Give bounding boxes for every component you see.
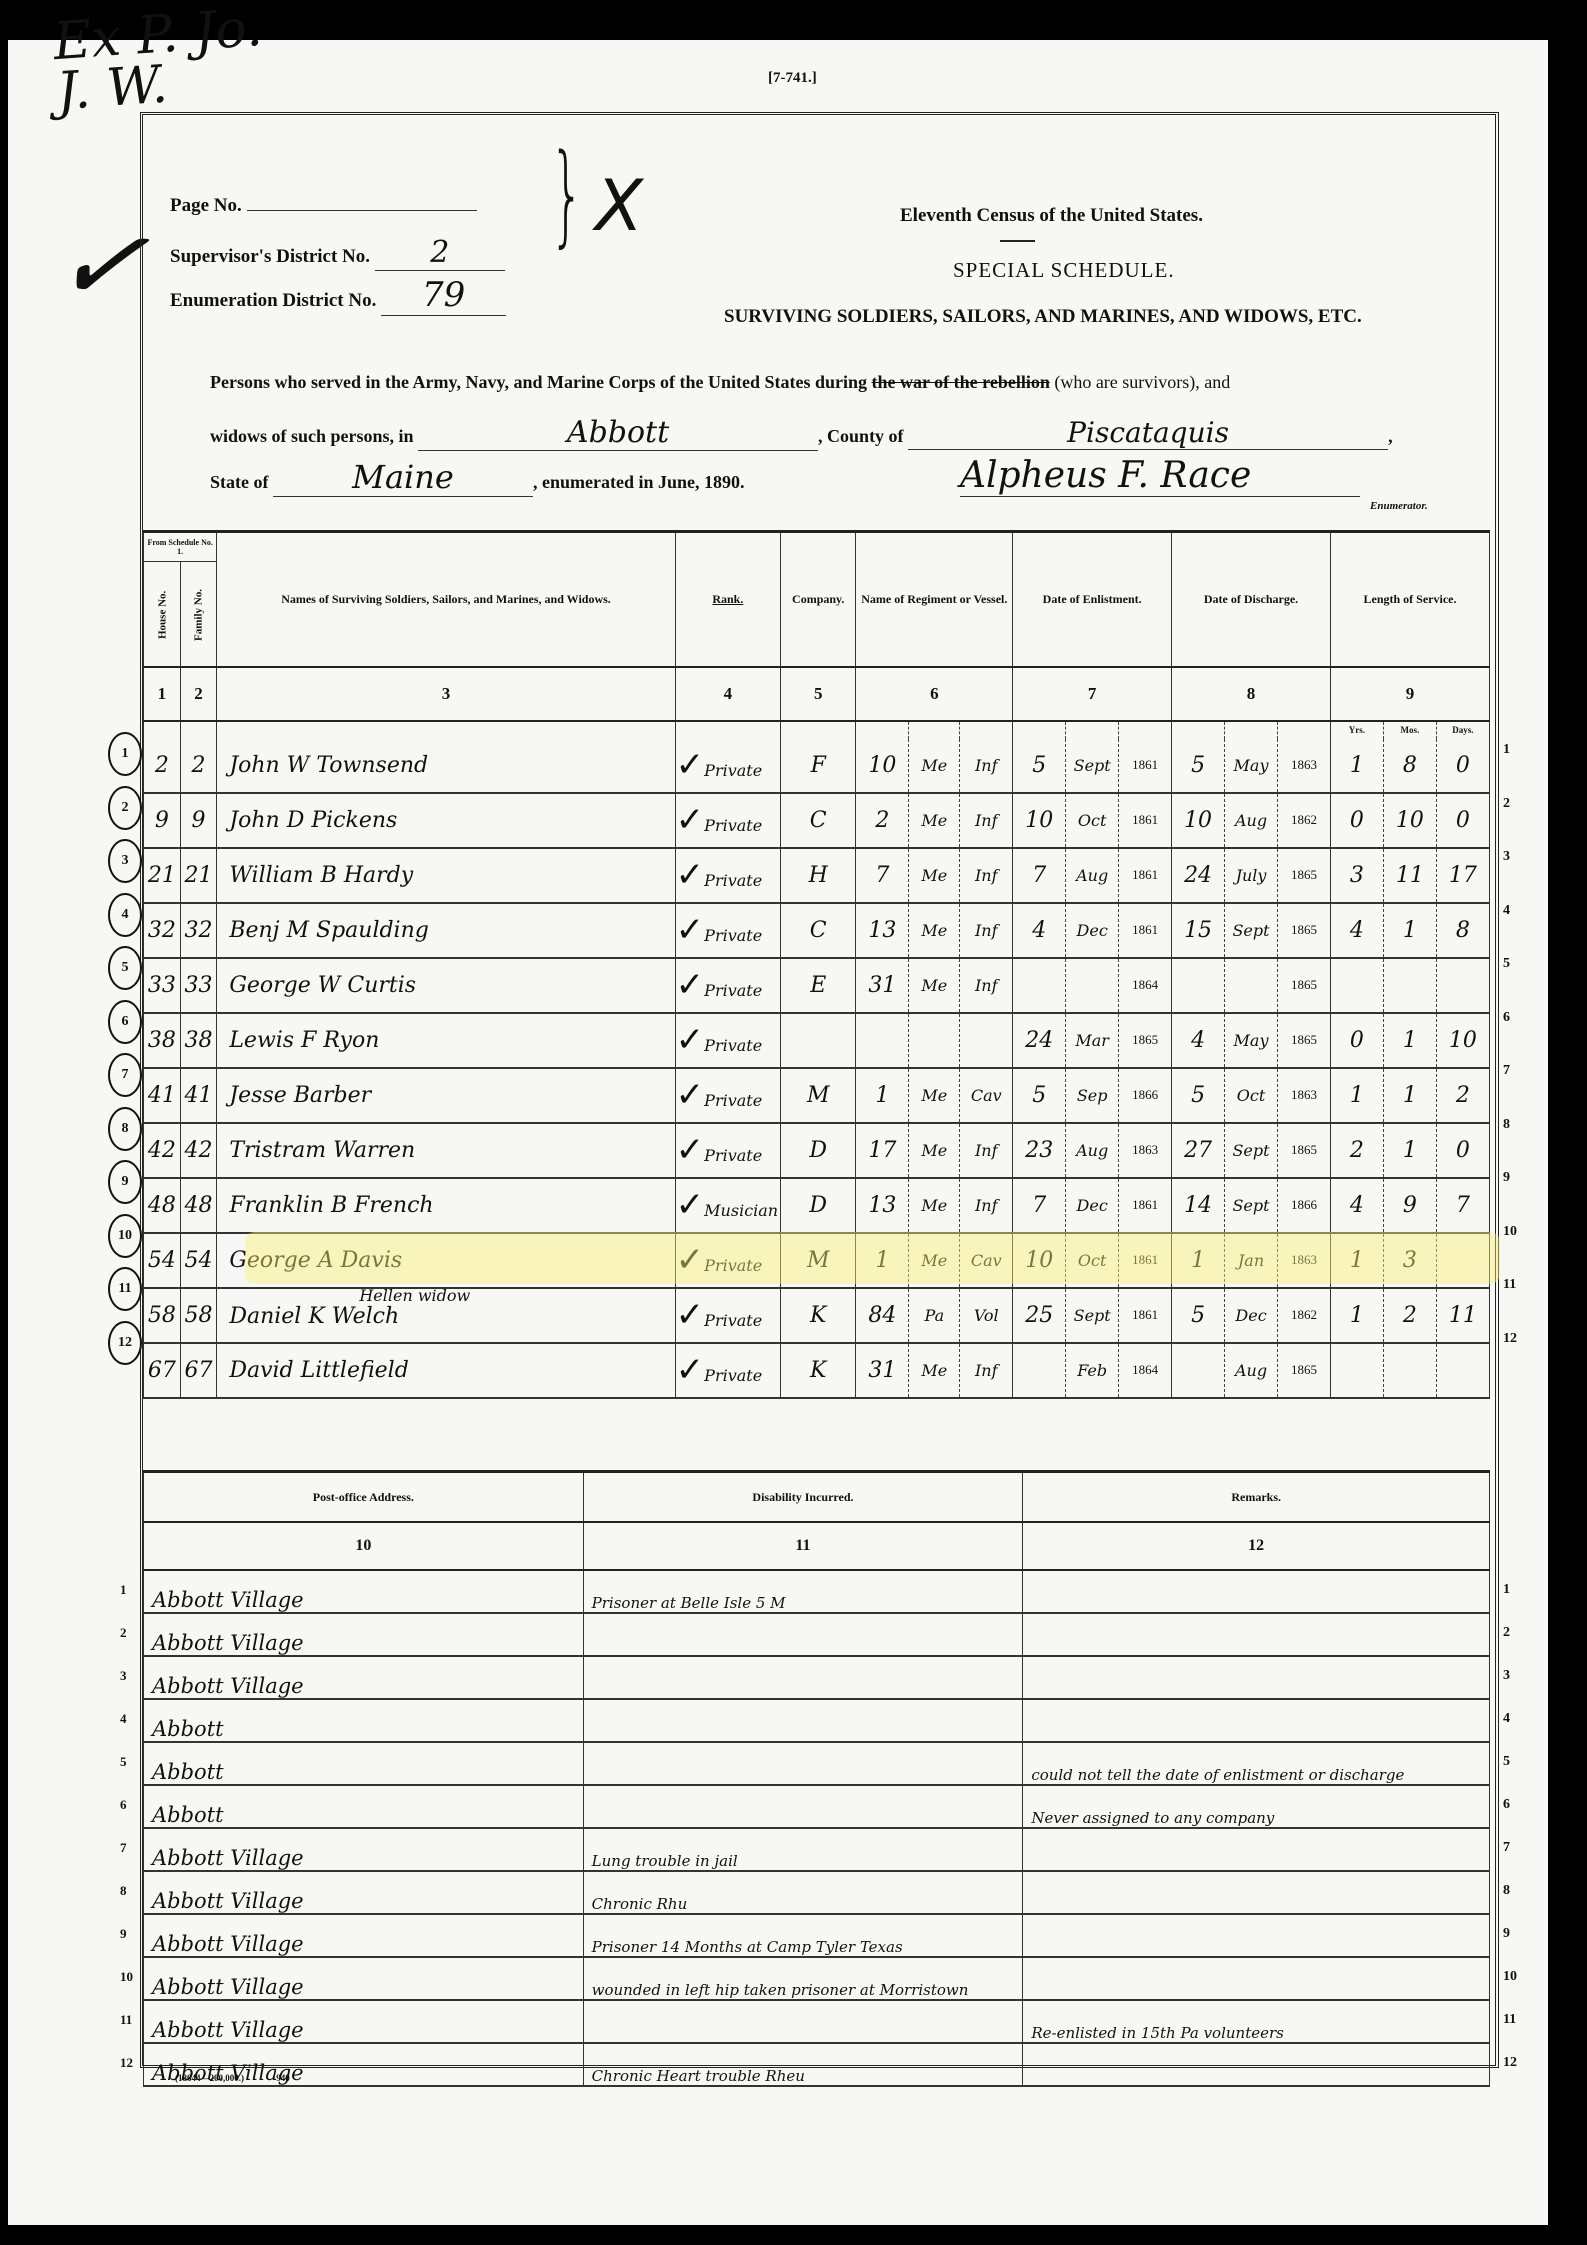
cell-dis-mo: Aug — [1225, 793, 1278, 848]
cell-name: Tristram Warren — [217, 1123, 675, 1178]
cell-enl-mo — [1066, 958, 1119, 1013]
cell-name: William B Hardy — [217, 848, 675, 903]
cell-family: 42 — [180, 1123, 217, 1178]
cell-mos: 10 — [1383, 793, 1436, 848]
yrs-header: Yrs. — [1330, 721, 1383, 739]
cell-reg-arm: Inf — [960, 793, 1013, 848]
cell-enl-yr: 1861 — [1119, 739, 1172, 793]
row-highlight — [245, 1232, 1500, 1284]
line-number: 10 — [120, 1969, 133, 1985]
cell-enl-yr: 1865 — [1119, 1013, 1172, 1068]
checkmark-icon: ✓ — [676, 1130, 705, 1170]
cell-family: 41 — [180, 1068, 217, 1123]
line-number: 2 — [1503, 796, 1510, 812]
cell-rank: ✓Private — [675, 903, 780, 958]
cell-family: 21 — [180, 848, 217, 903]
cell-reg-no: 31 — [856, 1343, 909, 1398]
line-number-circle: 5 — [108, 946, 142, 990]
cell-enl-mo: Sept — [1066, 1288, 1119, 1343]
cell-enl-day: 5 — [1013, 739, 1066, 793]
cell-enl-day — [1013, 1343, 1066, 1398]
cell-days: 0 — [1436, 739, 1489, 793]
service-header: Length of Service. — [1330, 532, 1489, 667]
cell-reg-arm: Cav — [960, 1068, 1013, 1123]
col-num: 2 — [180, 667, 217, 721]
cell-rank: ✓Musician — [675, 1178, 780, 1233]
cell-name: David Littlefield — [217, 1343, 675, 1398]
line-number: 11 — [1503, 1277, 1516, 1293]
checkmark-icon: ✓ — [676, 1075, 705, 1115]
cell-yrs: 2 — [1330, 1123, 1383, 1178]
cell-days — [1436, 1343, 1489, 1398]
checkmark-icon: ✓ — [676, 1350, 705, 1390]
supervisor-district-label: Supervisor's District No. — [170, 246, 370, 267]
rank-value: Private — [704, 761, 762, 780]
struck-text: the war of the rebellion — [872, 372, 1050, 392]
cell-days — [1436, 958, 1489, 1013]
cell-mos: 9 — [1383, 1178, 1436, 1233]
preamble-text-end: (who are survivors), and — [1054, 372, 1230, 392]
col-num: 1 — [144, 667, 181, 721]
rank-value: Private — [704, 981, 762, 1000]
cell-dis-mo: July — [1225, 848, 1278, 903]
cell-yrs: 3 — [1330, 848, 1383, 903]
enumeration-district-value: 79 — [381, 275, 506, 316]
cell-rank: ✓Private — [675, 1123, 780, 1178]
cell-enl-mo: Sep — [1066, 1068, 1119, 1123]
address-row: Abbottcould not tell the date of enlistm… — [144, 1742, 1490, 1785]
cell-reg-no: 13 — [856, 903, 909, 958]
cell-dis-yr: 1862 — [1278, 1288, 1331, 1343]
cell-name: Jesse Barber — [217, 1068, 675, 1123]
table-row: 4141Jesse Barber✓PrivateM1MeCav5Sep18665… — [144, 1068, 1490, 1123]
cell-dis-yr: 1863 — [1278, 1068, 1331, 1123]
line-number: 12 — [1503, 1331, 1517, 1347]
cell-address: Abbott Village — [144, 2000, 584, 2043]
checkmark-icon: ✓ — [676, 1295, 705, 1335]
cell-name: Benj M Spaulding — [217, 903, 675, 958]
post-office-header: Post-office Address. — [144, 1472, 584, 1523]
cell-house: 21 — [144, 848, 181, 903]
line-number-circle: 10 — [108, 1214, 142, 1258]
table-row: 5858Hellen widowDaniel K Welch✓PrivateK8… — [144, 1288, 1490, 1343]
cell-days: 11 — [1436, 1288, 1489, 1343]
cell-remarks — [1023, 1699, 1490, 1742]
address-rows: Abbott VillagePrisoner at Belle Isle 5 M… — [144, 1570, 1490, 2086]
cell-remarks — [1023, 1914, 1490, 1957]
cell-reg-state: Me — [909, 903, 960, 958]
line-number: 3 — [1503, 849, 1510, 865]
line-number: 2 — [120, 1625, 127, 1641]
cell-dis-yr: 1865 — [1278, 848, 1331, 903]
cell-reg-state: Me — [909, 739, 960, 793]
cell-yrs: 0 — [1330, 1013, 1383, 1068]
line-number: 7 — [1503, 1063, 1510, 1079]
cell-dis-mo: May — [1225, 1013, 1278, 1068]
cell-mos: 2 — [1383, 1288, 1436, 1343]
cell-company: K — [781, 1288, 856, 1343]
cell-reg-state — [909, 1013, 960, 1068]
cell-remarks: Never assigned to any company — [1023, 1785, 1490, 1828]
cell-reg-no — [856, 1013, 909, 1068]
rank-value: Private — [704, 1146, 762, 1165]
rank-value: Musician — [704, 1201, 778, 1220]
cell-reg-arm: Inf — [960, 1178, 1013, 1233]
cell-days: 0 — [1436, 1123, 1489, 1178]
address-row: Abbott VillagePrisoner at Belle Isle 5 M — [144, 1570, 1490, 1613]
column-numbers: 1 2 3 4 5 6 7 8 9 — [144, 667, 1490, 721]
cell-address: Abbott Village — [144, 1828, 584, 1871]
cell-enl-yr: 1866 — [1119, 1068, 1172, 1123]
cell-disability: Prisoner at Belle Isle 5 M — [583, 1570, 1023, 1613]
cell-address: Abbott Village — [144, 1871, 584, 1914]
rank-value: Private — [704, 1091, 762, 1110]
census-title: Eleventh Census of the United States. — [900, 205, 1203, 227]
cell-company: K — [781, 1343, 856, 1398]
cell-reg-arm: Inf — [960, 1343, 1013, 1398]
checkmark-icon: ✓ — [676, 745, 705, 785]
address-row: Abbott Village — [144, 1613, 1490, 1656]
line-number: 5 — [120, 1754, 127, 1770]
cell-disability — [583, 1785, 1023, 1828]
col-num: 4 — [675, 667, 780, 721]
checkmark-icon: ✓ — [676, 1020, 705, 1060]
cell-house: 48 — [144, 1178, 181, 1233]
cell-dis-mo: Sept — [1225, 903, 1278, 958]
schedule-title: SPECIAL SCHEDULE. — [953, 258, 1175, 283]
col-num: 3 — [217, 667, 675, 721]
print-code-2: 940 — [276, 2073, 290, 2083]
cell-reg-arm: Inf — [960, 903, 1013, 958]
enumeration-district-label: Enumeration District No. — [170, 290, 376, 311]
table-row: 4848Franklin B French✓MusicianD13MeInf7D… — [144, 1178, 1490, 1233]
cell-address: Abbott — [144, 1742, 584, 1785]
cell-enl-day: 7 — [1013, 1178, 1066, 1233]
cell-reg-arm: Inf — [960, 1123, 1013, 1178]
cell-dis-mo: Dec — [1225, 1288, 1278, 1343]
line-number-circle: 6 — [108, 1000, 142, 1044]
line-number: 1 — [1503, 1582, 1510, 1598]
line-number: 7 — [120, 1840, 127, 1856]
cell-rank: ✓Private — [675, 1013, 780, 1068]
cell-mos: 1 — [1383, 1013, 1436, 1068]
cell-enl-mo: Aug — [1066, 1123, 1119, 1178]
county-label: , County of — [818, 426, 904, 446]
cell-dis-day: 24 — [1172, 848, 1225, 903]
cell-house: 9 — [144, 793, 181, 848]
cell-enl-mo: Feb — [1066, 1343, 1119, 1398]
cell-company: F — [781, 739, 856, 793]
cell-disability: Chronic Rhu — [583, 1871, 1023, 1914]
cell-reg-no: 84 — [856, 1288, 909, 1343]
col-num: 10 — [144, 1522, 584, 1570]
supervisor-district-field: Supervisor's District No. 2 — [170, 235, 505, 271]
supervisor-district-value: 2 — [375, 235, 505, 271]
cell-rank: ✓Private — [675, 1068, 780, 1123]
table-row: 3838Lewis F Ryon✓Private24Mar18654May186… — [144, 1013, 1490, 1068]
cell-remarks — [1023, 1656, 1490, 1699]
cell-disability — [583, 1699, 1023, 1742]
cell-remarks: Re-enlisted in 15th Pa volunteers — [1023, 2000, 1490, 2043]
cell-family: 2 — [180, 739, 217, 793]
cell-house: 32 — [144, 903, 181, 958]
cell-remarks: could not tell the date of enlistment or… — [1023, 1742, 1490, 1785]
cell-yrs: 1 — [1330, 1068, 1383, 1123]
cell-reg-arm: Inf — [960, 848, 1013, 903]
cell-enl-day — [1013, 958, 1066, 1013]
table-row: 2121William B Hardy✓PrivateH7MeInf7Aug18… — [144, 848, 1490, 903]
house-no-header: House No. — [144, 562, 181, 667]
preamble-line-3: State of Maine, enumerated in June, 1890… — [210, 458, 744, 497]
cell-yrs — [1330, 958, 1383, 1013]
cell-dis-mo: Sept — [1225, 1123, 1278, 1178]
cell-disability: Lung trouble in jail — [583, 1828, 1023, 1871]
address-row: Abbott Villagewounded in left hip taken … — [144, 1957, 1490, 2000]
cell-address: Abbott — [144, 1699, 584, 1742]
line-number: 9 — [1503, 1170, 1510, 1186]
cell-days: 10 — [1436, 1013, 1489, 1068]
enumerator-label: Enumerator. — [1370, 500, 1428, 512]
cell-family: 9 — [180, 793, 217, 848]
table-row: 22John W Townsend✓PrivateF10MeInf5Sept18… — [144, 739, 1490, 793]
address-row: Abbott VillageChronic Rhu — [144, 1871, 1490, 1914]
cell-disability: wounded in left hip taken prisoner at Mo… — [583, 1957, 1023, 2000]
rank-header: Rank. — [675, 532, 780, 667]
rank-value: Private — [704, 1311, 762, 1330]
cell-reg-arm: Vol — [960, 1288, 1013, 1343]
checkmark-icon: ✓ — [676, 800, 705, 840]
line-number: 6 — [1503, 1010, 1510, 1026]
cell-family: 54 — [180, 1233, 217, 1288]
line-number: 7 — [1503, 1840, 1510, 1856]
cell-mos — [1383, 958, 1436, 1013]
cell-enl-yr: 1861 — [1119, 848, 1172, 903]
line-number: 11 — [120, 2012, 132, 2028]
cell-rank: ✓Private — [675, 1288, 780, 1343]
table-row: 3333George W Curtis✓PrivateE31MeInf18641… — [144, 958, 1490, 1013]
cell-house: 42 — [144, 1123, 181, 1178]
cell-yrs: 4 — [1330, 1178, 1383, 1233]
cell-house: 33 — [144, 958, 181, 1013]
cell-enl-yr: 1861 — [1119, 1288, 1172, 1343]
cell-mos: 1 — [1383, 1123, 1436, 1178]
line-number: 4 — [1503, 903, 1510, 919]
margin-annotation: Ex P. Jo. J. W. — [52, 3, 268, 117]
cell-disability: Chronic Heart trouble Rheu — [583, 2043, 1023, 2086]
line-number: 9 — [1503, 1926, 1510, 1942]
address-row: Abbott Village — [144, 1656, 1490, 1699]
cell-dis-mo: Sept — [1225, 1178, 1278, 1233]
cell-dis-day: 5 — [1172, 1288, 1225, 1343]
col-num: 12 — [1023, 1522, 1490, 1570]
cell-reg-no: 31 — [856, 958, 909, 1013]
cell-house: 67 — [144, 1343, 181, 1398]
address-row: Abbott VillagePrisoner 14 Months at Camp… — [144, 1914, 1490, 1957]
cell-remarks — [1023, 1570, 1490, 1613]
cell-mos: 8 — [1383, 739, 1436, 793]
enumeration-district-field: Enumeration District No. 79 — [170, 275, 506, 316]
cell-disability — [583, 1613, 1023, 1656]
line-number: 9 — [120, 1926, 127, 1942]
brace-icon: } — [550, 130, 585, 258]
cell-enl-day: 23 — [1013, 1123, 1066, 1178]
line-number: 5 — [1503, 956, 1510, 972]
address-row: Abbott — [144, 1699, 1490, 1742]
line-number-circle: 11 — [108, 1267, 142, 1311]
line-number-circle: 8 — [108, 1107, 142, 1151]
cell-name: Hellen widowDaniel K Welch — [217, 1288, 675, 1343]
footer-print-code: (18644—200,000.) 940 — [175, 2073, 290, 2083]
cell-reg-no: 17 — [856, 1123, 909, 1178]
cell-mos: 1 — [1383, 1068, 1436, 1123]
col-num: 8 — [1172, 667, 1331, 721]
cell-dis-yr: 1863 — [1278, 739, 1331, 793]
family-no-header: Family No. — [180, 562, 217, 667]
cell-rank: ✓Private — [675, 739, 780, 793]
cell-family: 33 — [180, 958, 217, 1013]
cell-dis-mo: May — [1225, 739, 1278, 793]
rank-value: Private — [704, 1366, 762, 1385]
cell-dis-day — [1172, 1343, 1225, 1398]
remarks-header: Remarks. — [1023, 1472, 1490, 1523]
line-number: 4 — [1503, 1711, 1510, 1727]
cell-enl-yr: 1861 — [1119, 793, 1172, 848]
cell-disability: Prisoner 14 Months at Camp Tyler Texas — [583, 1914, 1023, 1957]
cell-enl-day: 5 — [1013, 1068, 1066, 1123]
line-number: 8 — [1503, 1883, 1510, 1899]
cell-family: 58 — [180, 1288, 217, 1343]
cell-dis-day: 5 — [1172, 739, 1225, 793]
cell-days: 8 — [1436, 903, 1489, 958]
cell-company: M — [781, 1068, 856, 1123]
line-number: 5 — [1503, 1754, 1510, 1770]
cell-enl-yr: 1864 — [1119, 958, 1172, 1013]
rank-value: Private — [704, 1036, 762, 1055]
line-number: 3 — [1503, 1668, 1510, 1684]
line-number-circle: 12 — [108, 1321, 142, 1365]
cell-disability — [583, 1742, 1023, 1785]
cell-reg-arm: Inf — [960, 958, 1013, 1013]
col-num: 5 — [781, 667, 856, 721]
cell-reg-state: Me — [909, 958, 960, 1013]
soldiers-rows: 22John W Townsend✓PrivateF10MeInf5Sept18… — [144, 739, 1490, 1398]
cell-name: George W Curtis — [217, 958, 675, 1013]
cell-days: 17 — [1436, 848, 1489, 903]
cell-dis-yr: 1865 — [1278, 1123, 1331, 1178]
cell-yrs: 0 — [1330, 793, 1383, 848]
rank-value: Private — [704, 816, 762, 835]
enlistment-header: Date of Enlistment. — [1013, 532, 1172, 667]
cell-dis-yr: 1865 — [1278, 1343, 1331, 1398]
enumerator-signature: Alpheus F. Race — [960, 455, 1360, 497]
line-number: 10 — [1503, 1224, 1517, 1240]
cell-enl-mo: Dec — [1066, 903, 1119, 958]
page-no-value — [247, 210, 477, 211]
enumerated-text: , enumerated in June, 1890. — [533, 472, 745, 492]
line-number-circle: 2 — [108, 786, 142, 830]
regiment-header: Name of Regiment or Vessel. — [856, 532, 1013, 667]
cell-remarks — [1023, 1871, 1490, 1914]
days-header: Days. — [1436, 721, 1489, 739]
col-num: 11 — [583, 1522, 1023, 1570]
line-number: 2 — [1503, 1625, 1510, 1641]
cell-family: 38 — [180, 1013, 217, 1068]
cell-yrs: 1 — [1330, 739, 1383, 793]
cell-disability — [583, 1656, 1023, 1699]
table-row: 3232Benj M Spaulding✓PrivateC13MeInf4Dec… — [144, 903, 1490, 958]
cell-days: 7 — [1436, 1178, 1489, 1233]
widow-note: Hellen widow — [359, 1288, 674, 1304]
cell-address: Abbott Village — [144, 1914, 584, 1957]
cell-mos: 1 — [1383, 903, 1436, 958]
line-number: 6 — [1503, 1797, 1510, 1813]
cell-family: 48 — [180, 1178, 217, 1233]
cell-enl-mo: Oct — [1066, 793, 1119, 848]
cell-dis-yr: 1862 — [1278, 793, 1331, 848]
cell-reg-state: Me — [909, 1068, 960, 1123]
cell-yrs: 1 — [1330, 1288, 1383, 1343]
rank-value: Private — [704, 871, 762, 890]
title-divider — [1000, 240, 1035, 242]
cell-dis-yr: 1865 — [1278, 958, 1331, 1013]
cell-family: 67 — [180, 1343, 217, 1398]
cell-dis-day: 14 — [1172, 1178, 1225, 1233]
cell-enl-mo: Dec — [1066, 1178, 1119, 1233]
cell-company: E — [781, 958, 856, 1013]
state-value: Maine — [273, 458, 533, 497]
rank-value: Private — [704, 926, 762, 945]
cell-enl-day: 10 — [1013, 793, 1066, 848]
line-number: 3 — [120, 1668, 127, 1684]
line-number: 8 — [1503, 1117, 1510, 1133]
cell-remarks — [1023, 1828, 1490, 1871]
cell-dis-yr: 1866 — [1278, 1178, 1331, 1233]
cell-family: 32 — [180, 903, 217, 958]
cell-name: Franklin B French — [217, 1178, 675, 1233]
cell-yrs: 4 — [1330, 903, 1383, 958]
from-schedule-header: From Schedule No. 1. — [144, 532, 217, 562]
cell-days: 0 — [1436, 793, 1489, 848]
state-label: State of — [210, 472, 268, 492]
address-row: Abbott VillageRe-enlisted in 15th Pa vol… — [144, 2000, 1490, 2043]
cell-enl-mo: Sept — [1066, 739, 1119, 793]
col-num: 7 — [1013, 667, 1172, 721]
cell-name: Lewis F Ryon — [217, 1013, 675, 1068]
cell-rank: ✓Private — [675, 958, 780, 1013]
cell-name: John D Pickens — [217, 793, 675, 848]
cell-rank: ✓Private — [675, 848, 780, 903]
cell-enl-yr: 1864 — [1119, 1343, 1172, 1398]
cell-dis-day: 27 — [1172, 1123, 1225, 1178]
line-number: 8 — [120, 1883, 127, 1899]
line-number-circle: 1 — [108, 732, 142, 776]
preamble-line-2: widows of such persons, in Abbott, Count… — [210, 415, 1393, 451]
cell-reg-no: 2 — [856, 793, 909, 848]
cell-reg-state: Me — [909, 848, 960, 903]
cell-enl-yr: 1861 — [1119, 1178, 1172, 1233]
table-row: 4242Tristram Warren✓PrivateD17MeInf23Aug… — [144, 1123, 1490, 1178]
cell-enl-day: 25 — [1013, 1288, 1066, 1343]
cell-reg-state: Me — [909, 1178, 960, 1233]
checkmark-icon: ✓ — [676, 965, 705, 1005]
cell-remarks — [1023, 1957, 1490, 2000]
town-value: Abbott — [418, 415, 818, 451]
cell-reg-no: 13 — [856, 1178, 909, 1233]
address-row: AbbottNever assigned to any company — [144, 1785, 1490, 1828]
cell-rank: ✓Private — [675, 793, 780, 848]
town-label: widows of such persons, in — [210, 426, 414, 446]
address-row: Abbott VillageLung trouble in jail — [144, 1828, 1490, 1871]
